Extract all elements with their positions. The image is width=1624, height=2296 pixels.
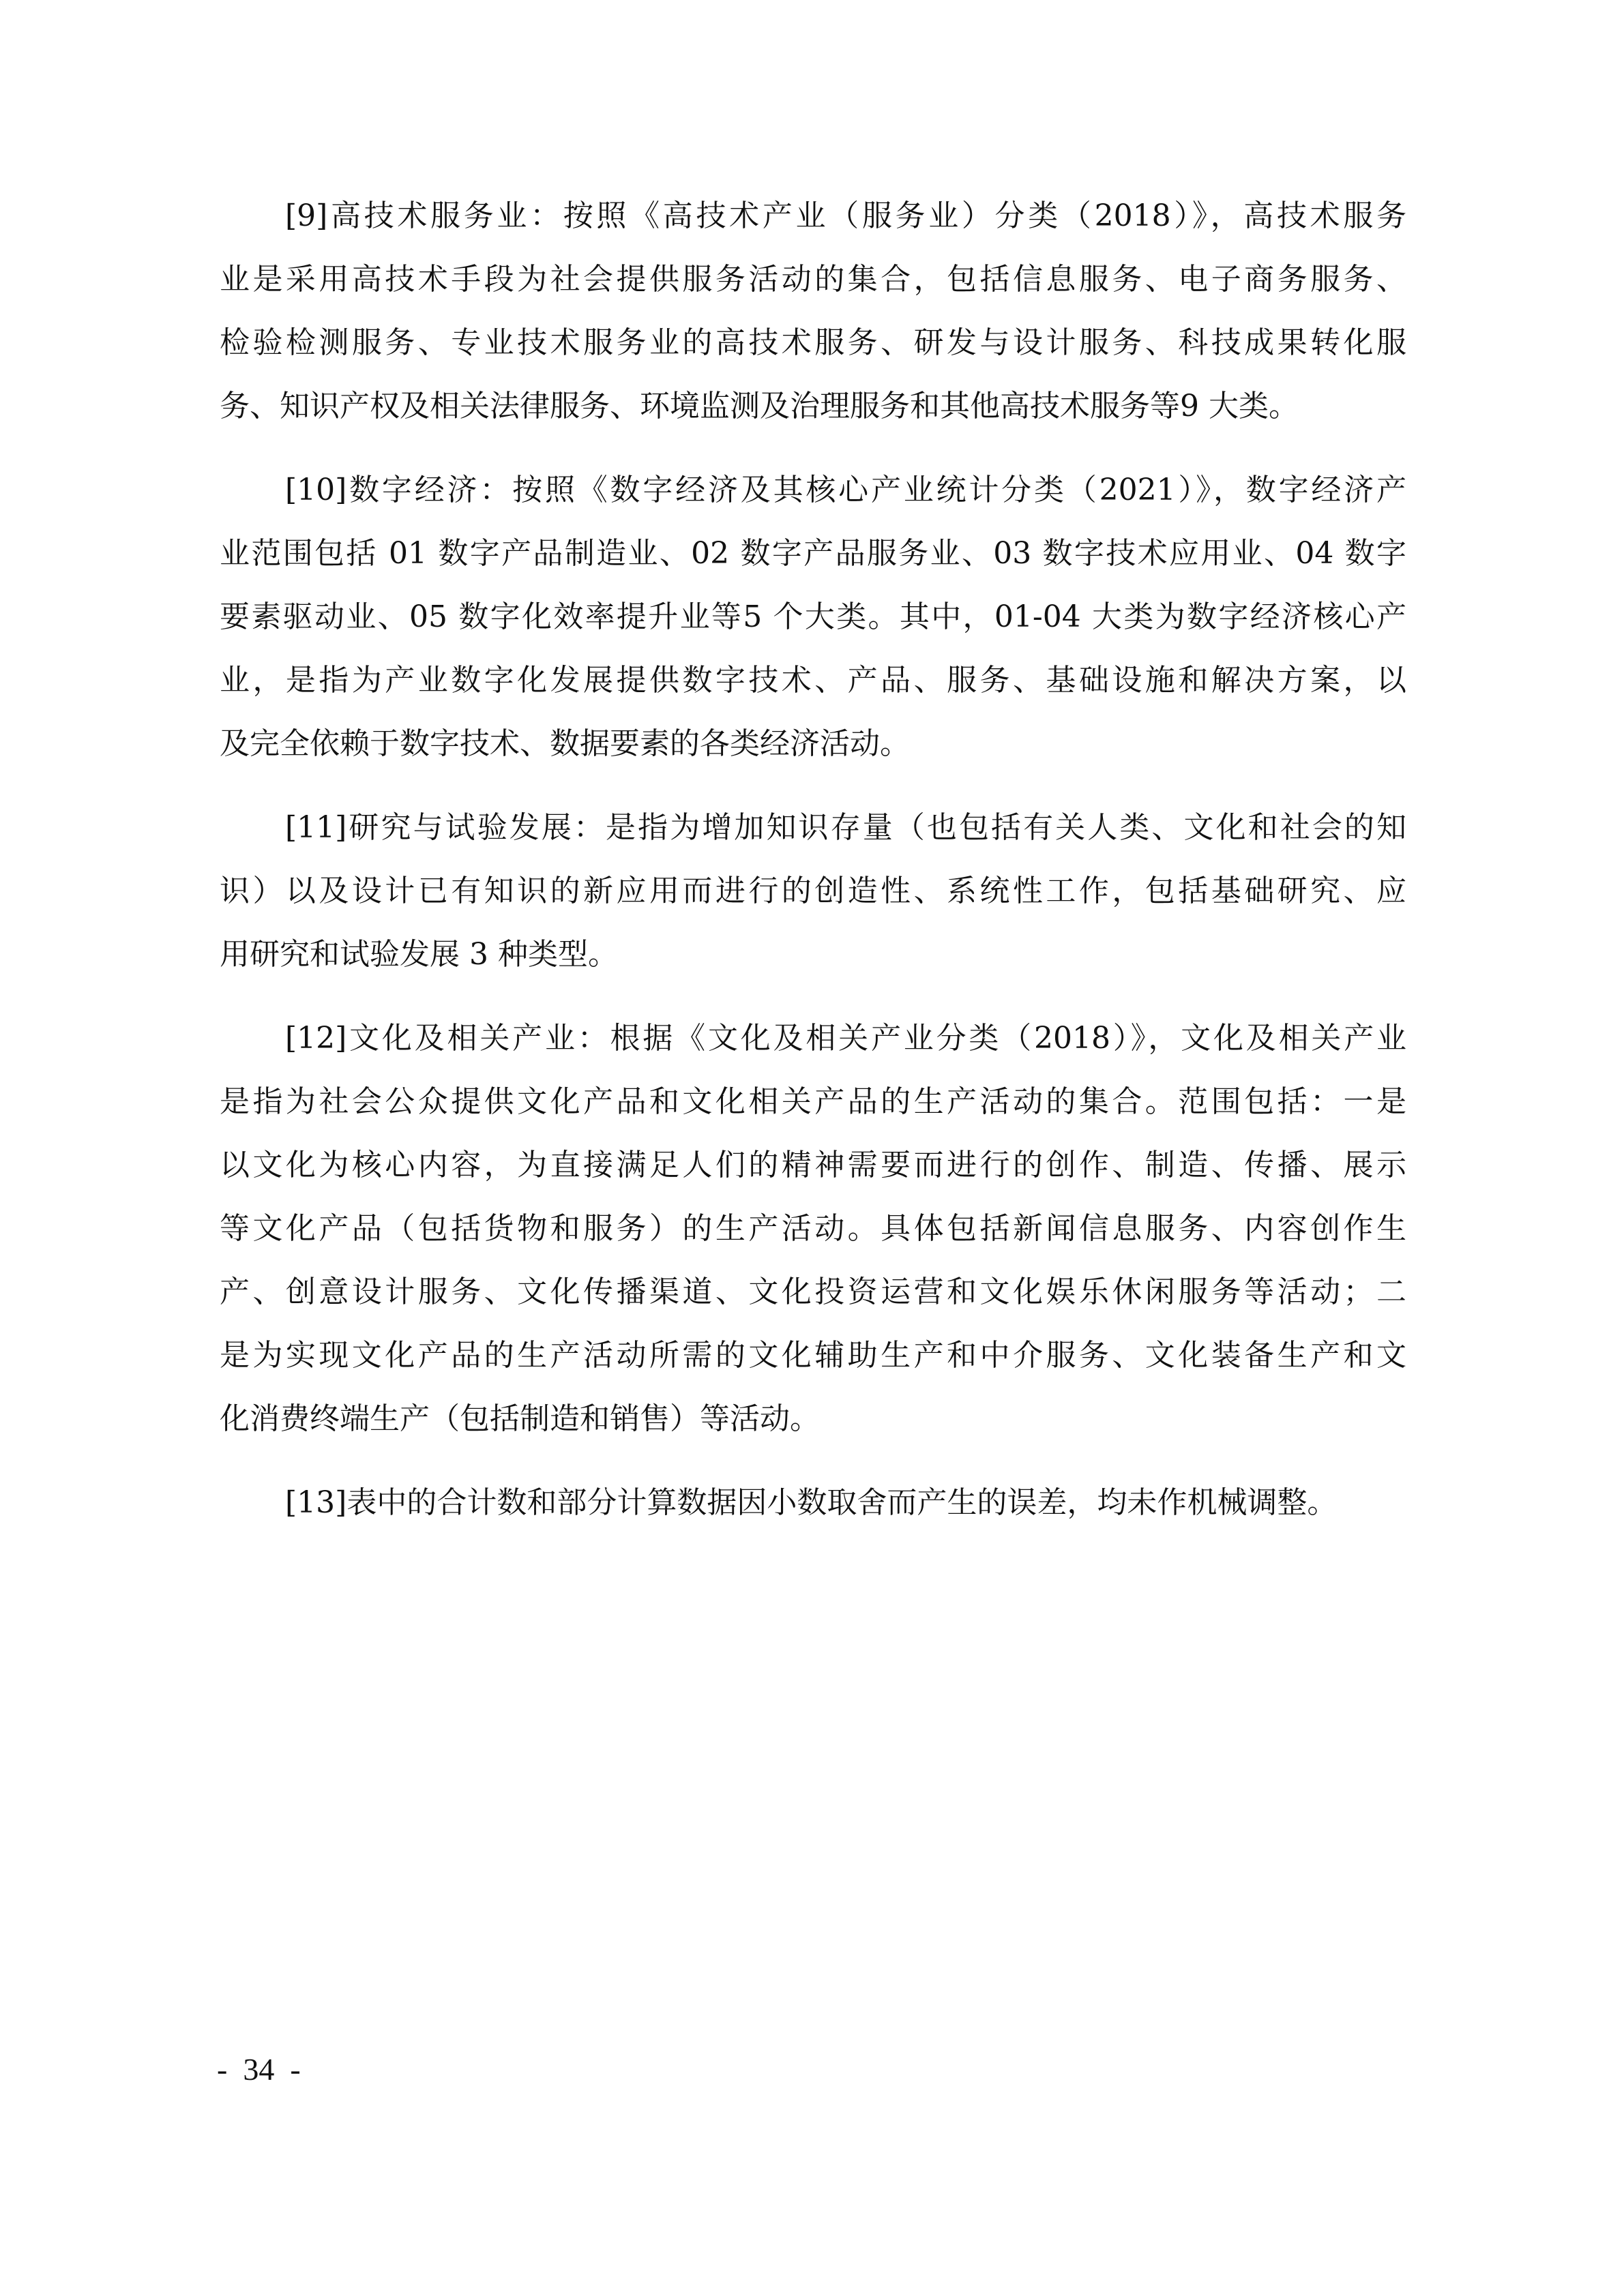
note-paragraph-12: [12]文化及相关产业：根据《文化及相关产业分类（2018）》，文化及相关产业 …	[220, 1007, 1406, 1450]
text-line: 化消费终端生产（包括制造和销售）等活动。	[220, 1387, 1406, 1450]
page-number: - 34 -	[217, 2051, 301, 2087]
text-line: 务、知识产权及相关法律服务、环境监测及治理服务和其他高技术服务等9 大类。	[220, 374, 1406, 438]
document-page: [9]高技术服务业：按照《高技术产业（服务业）分类（2018）》，高技术服务 业…	[0, 0, 1624, 2296]
text-line: 是为实现文化产品的生产活动所需的文化辅助生产和中介服务、文化装备生产和文	[220, 1324, 1406, 1387]
text-line: 是指为社会公众提供文化产品和文化相关产品的生产活动的集合。范围包括：一是	[220, 1070, 1406, 1133]
text-line: [12]文化及相关产业：根据《文化及相关产业分类（2018）》，文化及相关产业	[220, 1007, 1406, 1070]
note-paragraph-13: [13]表中的合计数和部分计算数据因小数取舍而产生的误差，均未作机械调整。	[220, 1471, 1406, 1534]
note-paragraph-9: [9]高技术服务业：按照《高技术产业（服务业）分类（2018）》，高技术服务 业…	[220, 184, 1406, 438]
text-line: [9]高技术服务业：按照《高技术产业（服务业）分类（2018）》，高技术服务	[220, 184, 1406, 248]
text-line: 业范围包括 01 数字产品制造业、02 数字产品服务业、03 数字技术应用业、0…	[220, 522, 1406, 585]
text-line: 及完全依赖于数字技术、数据要素的各类经济活动。	[220, 712, 1406, 775]
text-line: 识）以及设计已有知识的新应用而进行的创造性、系统性工作，包括基础研究、应	[220, 859, 1406, 923]
note-paragraph-11: [11]研究与试验发展：是指为增加知识存量（也包括有关人类、文化和社会的知 识）…	[220, 796, 1406, 986]
text-line: [10]数字经济：按照《数字经济及其核心产业统计分类（2021）》，数字经济产	[220, 458, 1406, 522]
text-line: 产、创意设计服务、文化传播渠道、文化投资运营和文化娱乐休闲服务等活动；二	[220, 1260, 1406, 1324]
text-line: [11]研究与试验发展：是指为增加知识存量（也包括有关人类、文化和社会的知	[220, 796, 1406, 859]
text-line: 业，是指为产业数字化发展提供数字技术、产品、服务、基础设施和解决方案，以	[220, 648, 1406, 712]
text-line: 检验检测服务、专业技术服务业的高技术服务、研发与设计服务、科技成果转化服	[220, 311, 1406, 374]
text-line: 要素驱动业、05 数字化效率提升业等5 个大类。其中，01-04 大类为数字经济…	[220, 585, 1406, 648]
text-line: 以文化为核心内容，为直接满足人们的精神需要而进行的创作、制造、传播、展示	[220, 1133, 1406, 1197]
text-line: [13]表中的合计数和部分计算数据因小数取舍而产生的误差，均未作机械调整。	[220, 1471, 1406, 1534]
text-line: 用研究和试验发展 3 种类型。	[220, 923, 1406, 986]
text-line: 业是采用高技术手段为社会提供服务活动的集合，包括信息服务、电子商务服务、	[220, 248, 1406, 311]
note-paragraph-10: [10]数字经济：按照《数字经济及其核心产业统计分类（2021）》，数字经济产 …	[220, 458, 1406, 775]
notes-body: [9]高技术服务业：按照《高技术产业（服务业）分类（2018）》，高技术服务 业…	[220, 184, 1406, 1555]
text-line: 等文化产品（包括货物和服务）的生产活动。具体包括新闻信息服务、内容创作生	[220, 1197, 1406, 1260]
